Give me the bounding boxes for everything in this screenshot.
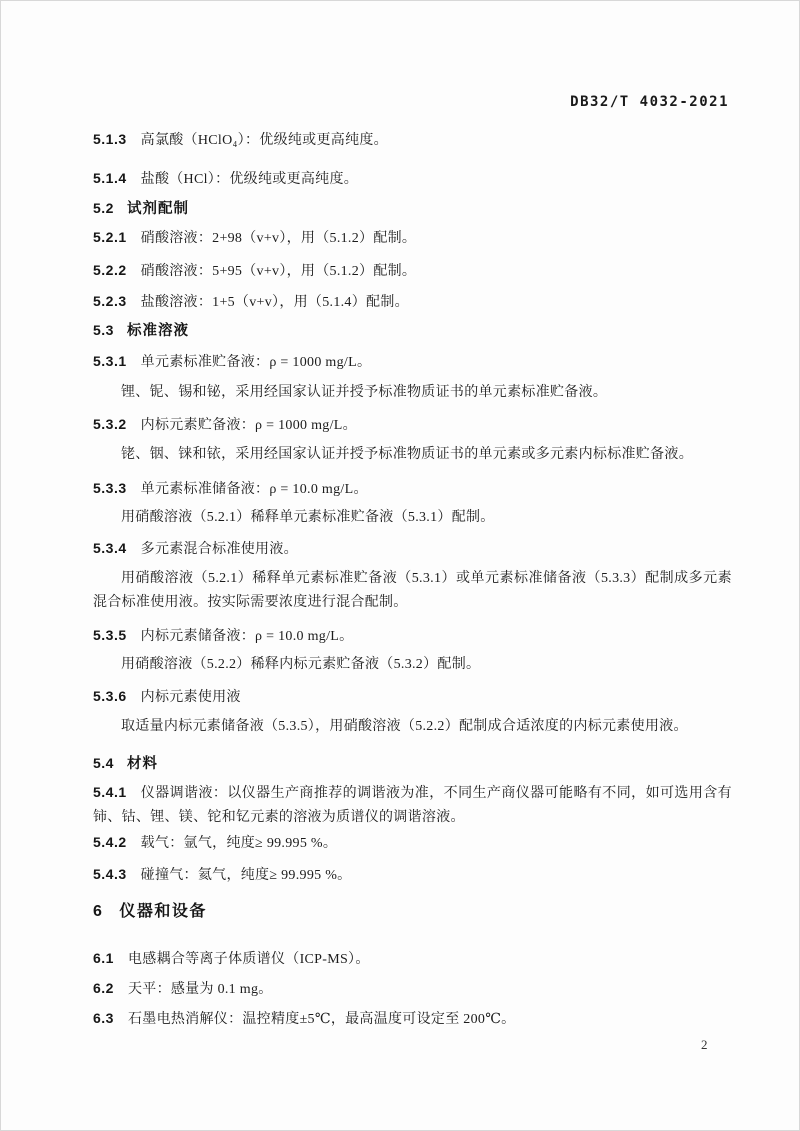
clause-text: 内标元素储备液：ρ = 10.0 mg/L。 — [141, 629, 354, 644]
clause-text: 电感耦合等离子体质谱仪（ICP-MS）。 — [128, 952, 370, 967]
body-paragraph: 用硝酸溶液（5.2.1）稀释单元素标准贮备液（5.3.1）或单元素标准储备液（5… — [93, 567, 732, 615]
clause-text: 仪器调谐液：以仪器生产商推荐的调谐液为准，不同生产商仪器可能略有不同，如可选用含… — [93, 786, 732, 825]
body-paragraph: 用硝酸溶液（5.2.1）稀释单元素标准贮备液（5.3.1）配制。 — [93, 506, 732, 530]
section-number: 5.4 — [93, 755, 114, 771]
clause-text: 单元素标准储备液：ρ = 10.0 mg/L。 — [141, 482, 368, 497]
clause-number: 5.2.3 — [93, 293, 127, 309]
clause-number: 5.3.6 — [93, 688, 127, 704]
chapter-heading: 6仪器和设备 — [93, 899, 732, 926]
clause-number: 5.3.5 — [93, 627, 127, 643]
clause-text: 硝酸溶液：2+98（v+v），用（5.1.2）配制。 — [141, 231, 417, 246]
body-paragraph: 用硝酸溶液（5.2.2）稀释内标元素贮备液（5.3.2）配制。 — [93, 653, 732, 677]
clause-line: 5.3.5内标元素储备液：ρ = 10.0 mg/L。 — [93, 623, 732, 649]
clause-number: 5.3.1 — [93, 353, 127, 369]
clause-line: 5.4.2载气：氩气，纯度≥ 99.995 %。 — [93, 830, 732, 856]
clause-line: 5.3.1单元素标准贮备液：ρ = 1000 mg/L。 — [93, 349, 732, 375]
clause-line: 5.3.2内标元素贮备液：ρ = 1000 mg/L。 — [93, 412, 732, 438]
clause-number: 6.2 — [93, 980, 114, 996]
section-heading: 5.3标准溶液 — [93, 318, 732, 344]
clause-line: 6.1电感耦合等离子体质谱仪（ICP-MS）。 — [93, 946, 732, 972]
section-title: 材料 — [127, 756, 158, 772]
clause-number: 6.1 — [93, 950, 114, 966]
chapter-title: 仪器和设备 — [119, 903, 207, 920]
section-title: 标准溶液 — [127, 323, 189, 339]
clause-line: 5.3.3单元素标准储备液：ρ = 10.0 mg/L。 — [93, 476, 732, 502]
clause-line: 5.1.3高氯酸（HClO₄）：优级纯或更高纯度。 — [93, 127, 732, 153]
clause-text: 石墨电热消解仪：温控精度±5℃，最高温度可设定至 200℃。 — [128, 1012, 516, 1027]
section-number: 5.3 — [93, 322, 114, 338]
body-paragraph: 铑、铟、铼和铱，采用经国家认证并授予标准物质证书的单元素或多元素内标标准贮备液。 — [93, 443, 732, 467]
page-number: 2 — [701, 1037, 708, 1053]
section-heading: 5.4材料 — [93, 751, 732, 777]
clause-text: 内标元素使用液 — [141, 690, 241, 705]
clause-text: 碰撞气：氦气，纯度≥ 99.995 %。 — [141, 868, 352, 883]
clause-number: 5.1.3 — [93, 131, 127, 147]
section-heading: 5.2试剂配制 — [93, 196, 732, 222]
clause-number: 5.2.2 — [93, 262, 127, 278]
body-paragraph: 取适量内标元素储备液（5.3.5），用硝酸溶液（5.2.2）配制成合适浓度的内标… — [93, 715, 732, 739]
clause-line: 6.3石墨电热消解仪：温控精度±5℃，最高温度可设定至 200℃。 — [93, 1006, 732, 1032]
clause-number: 6.3 — [93, 1010, 114, 1026]
clause-text: 高氯酸（HClO₄）：优级纯或更高纯度。 — [141, 133, 388, 148]
clause-line: 5.1.4盐酸（HCl）：优级纯或更高纯度。 — [93, 166, 732, 192]
clause-line: 5.4.3碰撞气：氦气，纯度≥ 99.995 %。 — [93, 862, 732, 888]
clause-line: 5.2.3盐酸溶液：1+5（v+v），用（5.1.4）配制。 — [93, 289, 732, 315]
clause-number: 5.3.3 — [93, 480, 127, 496]
clause-number: 5.4.1 — [93, 784, 127, 800]
clause-line: 5.3.6内标元素使用液 — [93, 684, 732, 710]
doc-code: DB32/T 4032-2021 — [570, 94, 729, 110]
clause-text: 内标元素贮备液：ρ = 1000 mg/L。 — [141, 418, 357, 433]
clause-line: 5.2.2硝酸溶液：5+95（v+v），用（5.1.2）配制。 — [93, 258, 732, 284]
clause-number: 5.1.4 — [93, 170, 127, 186]
clause-text: 盐酸溶液：1+5（v+v），用（5.1.4）配制。 — [141, 295, 409, 310]
clause-line: 6.2天平：感量为 0.1 mg。 — [93, 976, 732, 1002]
clause-text: 单元素标准贮备液：ρ = 1000 mg/L。 — [141, 355, 372, 370]
clause-text: 天平：感量为 0.1 mg。 — [128, 982, 273, 997]
section-title: 试剂配制 — [127, 201, 189, 217]
chapter-number: 6 — [93, 903, 102, 920]
clause-number: 5.4.2 — [93, 834, 127, 850]
clause-text: 盐酸（HCl）：优级纯或更高纯度。 — [141, 172, 358, 187]
body-paragraph: 锂、铌、锡和铋，采用经国家认证并授予标准物质证书的单元素标准贮备液。 — [93, 381, 732, 405]
clause-number: 5.3.4 — [93, 540, 127, 556]
section-number: 5.2 — [93, 200, 114, 216]
clause-line: 5.2.1硝酸溶液：2+98（v+v），用（5.1.2）配制。 — [93, 225, 732, 251]
clause-line: 5.4.1仪器调谐液：以仪器生产商推荐的调谐液为准，不同生产商仪器可能略有不同，… — [93, 780, 732, 830]
clause-line: 5.3.4多元素混合标准使用液。 — [93, 536, 732, 562]
clause-number: 5.4.3 — [93, 866, 127, 882]
clause-number: 5.3.2 — [93, 416, 127, 432]
clause-text: 载气：氩气，纯度≥ 99.995 %。 — [141, 836, 338, 851]
clause-text: 硝酸溶液：5+95（v+v），用（5.1.2）配制。 — [141, 264, 417, 279]
document-page: DB32/T 4032-2021 5.1.3高氯酸（HClO₄）：优级纯或更高纯… — [0, 0, 800, 1131]
clause-number: 5.2.1 — [93, 229, 127, 245]
clause-text: 多元素混合标准使用液。 — [141, 542, 298, 557]
